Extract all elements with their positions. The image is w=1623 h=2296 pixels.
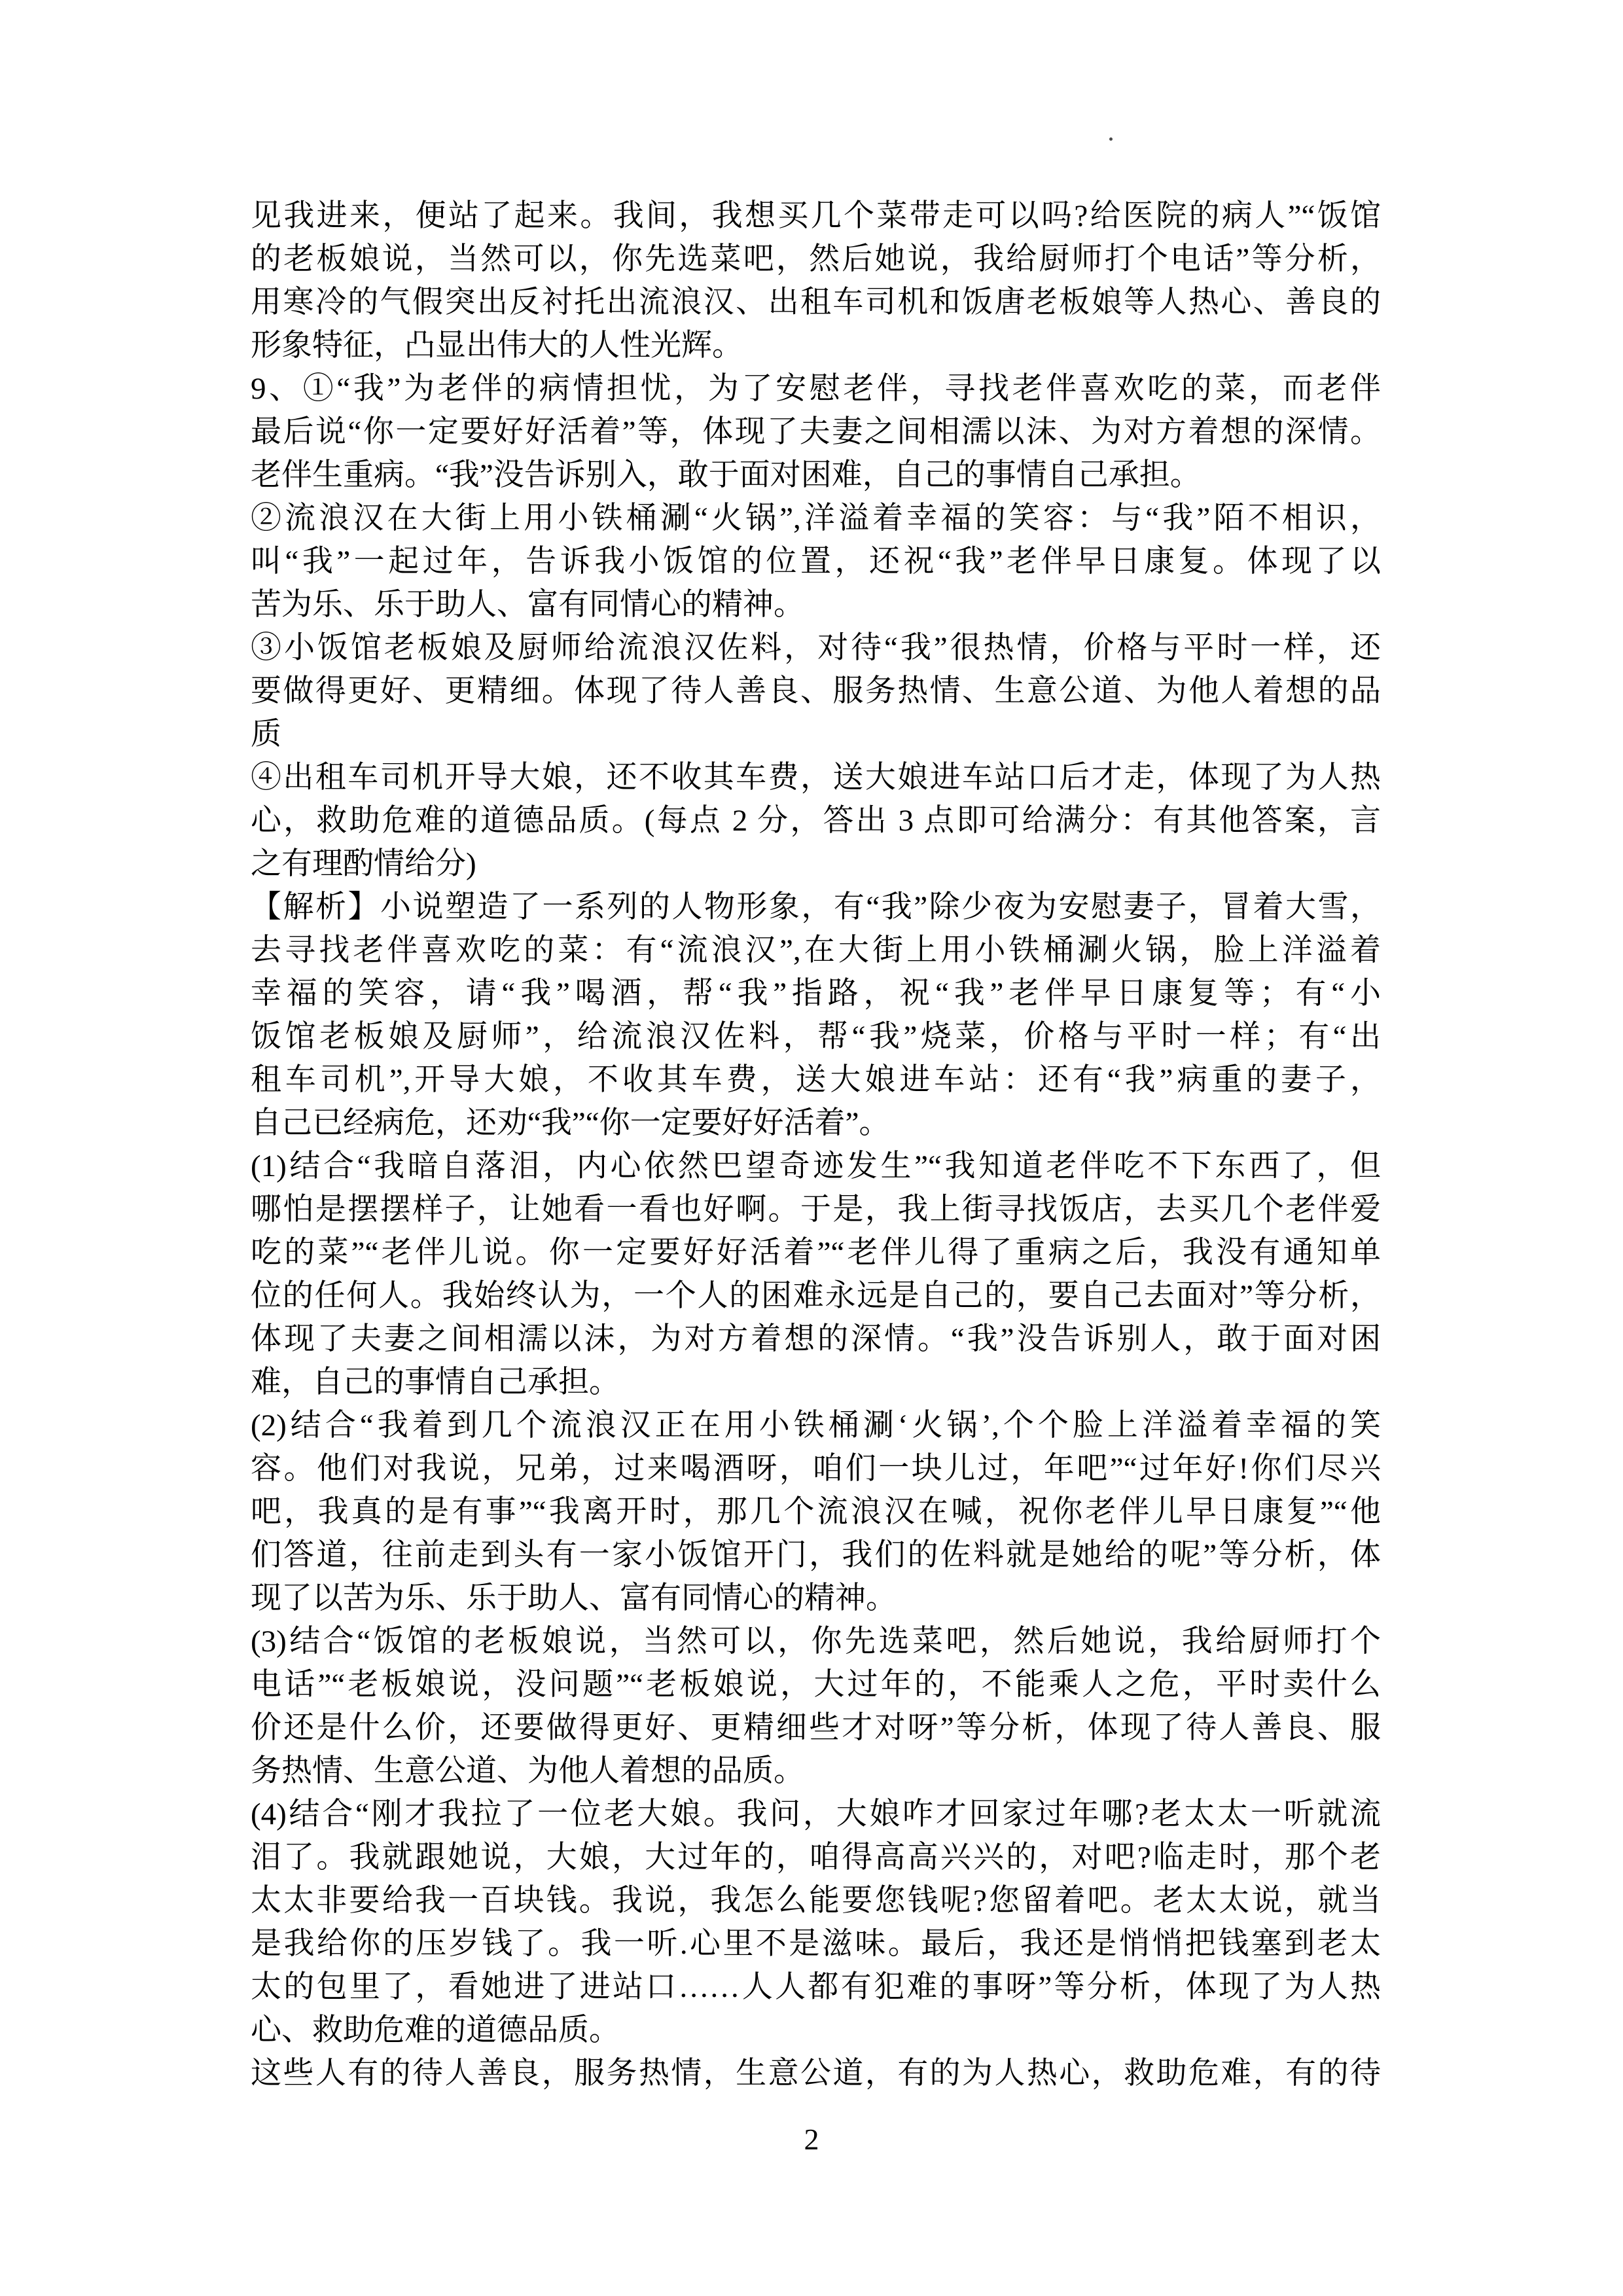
text-line: 电话”“老板娘说，没问题”“老板娘说，大过年的，不能乘人之危，平时卖什么 (251, 1663, 1381, 1706)
text-line: 去寻找老伴喜欢吃的菜：有“流浪汉”,在大街上用小铁桶涮火锅，脸上洋溢着 (251, 929, 1381, 972)
text-line: 9、①“我”为老伴的病情担忧，为了安慰老伴，寻找老伴喜欢吃的菜，而老伴 (251, 367, 1381, 410)
text-line: 之有理酌情给分) (251, 842, 1381, 886)
text-line: 体现了夫妻之间相濡以沫，为对方着想的深情。“我”没告诉别人，敢于面对困 (251, 1318, 1381, 1361)
text-line: 太太非要给我一百块钱。我说，我怎么能要您钱呢?您留着吧。老太太说，就当 (251, 1879, 1381, 1922)
text-line: 见我进来，便站了起来。我间，我想买几个菜带走可以吗?给医院的病人”“饭馆 (251, 194, 1381, 238)
text-line: 哪怕是摆摆样子，让她看一看也好啊。于是，我上街寻找饭店，去买几个老伴爱 (251, 1188, 1381, 1231)
text-line: 吃的菜”“老伴儿说。你一定要好好活着”“老伴儿得了重病之后，我没有通知单 (251, 1231, 1381, 1274)
text-line: (2)结合“我着到几个流浪汉正在用小铁桶涮‘火锅’,个个脸上洋溢着幸福的笑 (251, 1404, 1381, 1447)
text-line: 形象特征，凸显出伟大的人性光辉。 (251, 324, 1381, 367)
stray-dot-artifact (1109, 137, 1113, 141)
document-lines: 见我进来，便站了起来。我间，我想买几个菜带走可以吗?给医院的病人”“饭馆的老板娘… (251, 194, 1381, 2095)
text-line: 心，救助危难的道德品质。(每点 2 分，答出 3 点即可给满分：有其他答案，言 (251, 799, 1381, 842)
text-line: 难，自己的事情自己承担。 (251, 1361, 1381, 1404)
document-page: 见我进来，便站了起来。我间，我想买几个菜带走可以吗?给医院的病人”“饭馆的老板娘… (0, 0, 1623, 2296)
text-line: 是我给你的压岁钱了。我一听.心里不是滋味。最后，我还是悄悄把钱塞到老太 (251, 1922, 1381, 1965)
text-line: 质 (251, 713, 1381, 756)
text-line: 心、救助危难的道德品质。 (251, 2009, 1381, 2052)
text-line: 价还是什么价，还要做得更好、更精细些才对呀”等分析，体现了待人善良、服 (251, 1706, 1381, 1749)
text-line: 们答道，往前走到头有一家小饭馆开门，我们的佐料就是她给的呢”等分析，体 (251, 1534, 1381, 1577)
text-line: 现了以苦为乐、乐于助人、富有同情心的精神。 (251, 1577, 1381, 1620)
text-line: 泪了。我就跟她说，大娘，大过年的，咱得高高兴兴的，对吧?临走时，那个老 (251, 1836, 1381, 1879)
text-line: 容。他们对我说，兄弟，过来喝酒呀，咱们一块儿过，年吧”“过年好!你们尽兴 (251, 1447, 1381, 1490)
text-line: 自己已经病危，还劝“我”“你一定要好好活着”。 (251, 1102, 1381, 1145)
text-line: 用寒冷的气假突出反衬托出流浪汉、出租车司机和饭唐老板娘等人热心、善良的 (251, 281, 1381, 324)
text-line: 租车司机”,开导大娘，不收其车费，送大娘进车站：还有“我”病重的妻子， (251, 1058, 1381, 1102)
text-line: 【解析】小说塑造了一系列的人物形象，有“我”除少夜为安慰妻子，冒着大雪， (251, 886, 1381, 929)
text-line: 最后说“你一定要好好活着”等，体现了夫妻之间相濡以沫、为对方着想的深情。 (251, 410, 1381, 454)
text-line: 位的任何人。我始终认为，一个人的困难永远是自己的，要自己去面对”等分析， (251, 1274, 1381, 1318)
text-line: (1)结合“我暗自落泪，内心依然巴望奇迹发生”“我知道老伴吃不下东西了，但 (251, 1145, 1381, 1188)
text-line: 的老板娘说，当然可以，你先选菜吧，然后她说，我给厨师打个电话”等分析， (251, 238, 1381, 281)
text-line: (4)结合“刚才我拉了一位老大娘。我问，大娘咋才回家过年哪?老太太一听就流 (251, 1793, 1381, 1836)
text-line: 苦为乐、乐于助人、富有同情心的精神。 (251, 583, 1381, 626)
text-line: 老伴生重病。“我”没告诉别入，敢于面对困难，自己的事情自己承担。 (251, 454, 1381, 497)
text-line: 太的包里了，看她进了进站口……人人都有犯难的事呀”等分析，体现了为人热 (251, 1965, 1381, 2009)
text-line: ③小饭馆老板娘及厨师给流浪汉佐料，对待“我”很热情，价格与平时一样，还 (251, 626, 1381, 670)
text-line: 饭馆老板娘及厨师”，给流浪汉佐料，帮“我”烧菜，价格与平时一样；有“出 (251, 1015, 1381, 1058)
text-line: 要做得更好、更精细。体现了待人善良、服务热情、生意公道、为他人着想的品 (251, 670, 1381, 713)
text-line: 务热情、生意公道、为他人着想的品质。 (251, 1749, 1381, 1793)
text-line: 幸福的笑容，请“我”喝酒，帮“我”指路，祝“我”老伴早日康复等；有“小 (251, 972, 1381, 1015)
text-line: ④出租车司机开导大娘，还不收其车费，送大娘进车站口后才走，体现了为人热 (251, 756, 1381, 799)
text-line: 这些人有的待人善良，服务热情，生意公道，有的为人热心，救助危难，有的待 (251, 2052, 1381, 2095)
text-line: (3)结合“饭馆的老板娘说，当然可以，你先选菜吧，然后她说，我给厨师打个 (251, 1620, 1381, 1663)
text-line: 吧，我真的是有事”“我离开时，那几个流浪汉在喊，祝你老伴儿早日康复”“他 (251, 1490, 1381, 1534)
page-number: 2 (0, 2123, 1623, 2156)
text-line: ②流浪汉在大街上用小铁桶涮“火锅”,洋溢着幸福的笑容：与“我”陌不相识， (251, 497, 1381, 540)
text-line: 叫“我”一起过年，告诉我小饭馆的位置，还祝“我”老伴早日康复。体现了以 (251, 540, 1381, 583)
